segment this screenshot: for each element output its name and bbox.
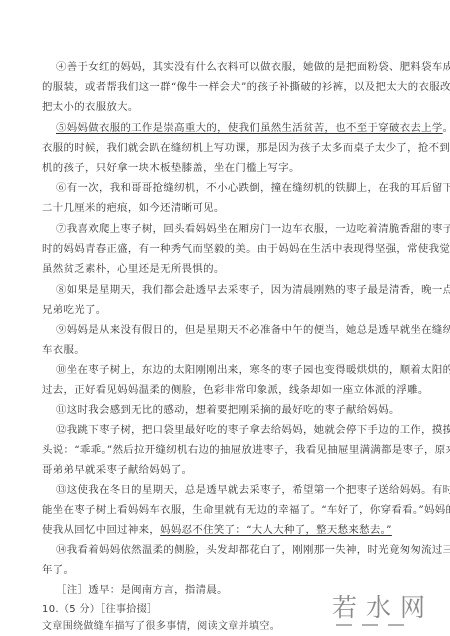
paragraph-5-line-1: ⑤妈妈做衣服的工作是崇高重大的，使我们虽然生活贫苦，也不至于穿破衣去上学。不车 [56,122,412,135]
paragraph-7-line-2: 时的妈妈青春正盛，有一种秀气而坚毅的美。由于妈妈在生活中表现得坚强，常使我觉得生… [42,243,412,256]
paragraph-5-line-3: 机的孩子，只好拿一块木板垫膝盖，坐在门槛上写字。 [42,162,412,175]
paragraph-10-line-1: ⑩坐在枣子树上，东边的太阳刚刚出来，寒冬的枣子园也变得暖烘烘的，顺着太阳的光望 [56,364,412,377]
underlined-sentence: ⑤妈妈做衣服的工作是崇高重大的，使我们虽然生活贫苦，也不至于穿破衣去上学 [56,122,443,134]
paragraph-9-line-2: 车衣服。 [42,344,412,357]
paragraph-7-line-1: ⑦我喜欢爬上枣子树，回头看妈妈坐在厢房门一边车衣服，一边吃着清脆香甜的枣子。那 [56,223,412,236]
paragraph-4-line-2: 的服装，或者帮我们这一群“像牛一样会犬”的孩子补撕破的衫裤，以及把太大的衣服改小… [42,81,412,94]
watermark-text: 若水网 [332,594,442,622]
paragraph-10-line-2: 过去，正好看见妈妈温柔的侧脸，色彩非常印象派，线条却如一座立体派的浮雕。 [42,384,412,397]
paragraph-5-line-2: 衣服的时候，我们就会趴在缝纫机上写功课，那是因为孩子太多而桌子太少了，抢不到缝纫 [42,142,412,155]
paragraph-12-line-3: 哥弟弟早就采枣子献给妈妈了。 [42,464,412,477]
paragraph-4-line-1: ④善于女红的妈妈，其实没有什么衣料可以做衣服，她做的是把面粉袋、肥料袋车成简单 [56,61,412,74]
paragraph-11-line-1: ⑪这时我会感到无比的感动，想着要把刚采摘的最好吃的枣子献给妈妈。 [56,404,412,417]
paragraph-9-line-1: ⑨妈妈是从来没有假日的，但是星期天不必准备中午的便当，她总是透早就坐在缝纫机前 [56,324,412,337]
paragraph-8-line-1: ⑧如果是星期天，我们都会赴透早去采枣子，因为清晨刚熟的枣子最是清香，晚一点就被 [56,284,412,297]
paragraph-4-line-3: 把太小的衣服放大。 [42,101,412,114]
underlined-sentence: 妈妈忍不住笑了：“大人大种了，整天愁来愁去。” [160,524,392,536]
paragraph-14-line-1: ⑭我看着妈妈依然温柔的侧脸，头发却都花白了，刚刚那一失神，时光竟匆匆流过三十几 [56,544,412,557]
paragraph-14-line-2: 年了。 [42,564,412,577]
paragraph-12-line-1: ⑫我跳下枣子树，把口袋里最好吃的枣子拿去给妈妈，她就会停下手边的工作，摸摸我的 [56,424,412,437]
paragraph-7-line-3: 虽然贫乏素朴，心里还是无所畏惧的。 [42,263,412,276]
document-page: ④善于女红的妈妈，其实没有什么衣料可以做衣服，她做的是把面粉袋、肥料袋车成简单 … [0,0,450,636]
paragraph-8-line-2: 兄弟吃光了。 [42,304,412,317]
paragraph-13-line-1: ⑬这使我在冬日的星期天，总是透早就去采枣子，希望第一个把枣子送给妈妈。有时觉得 [56,484,412,497]
paragraph-13-line-3: 使我从回忆中回过神来，妈妈忍不住笑了：“大人大种了，整天愁来愁去。” [42,524,412,537]
paragraph-6-line-2: 二十几厘米的疤痕，如今还清晰可见。 [42,202,412,215]
paragraph-12-line-2: 头说：“乖乖。”然后拉开缝纫机右边的抽屉放进枣子，我看见抽屉里满满都是枣子，原来… [42,444,412,457]
watermark-logo: 若水网 [332,594,442,634]
paragraph-13-line-2: 能坐在枣子树上看妈妈车衣服，生命里就有无边的幸福了。“车好了，你穿看看。”妈妈的… [42,504,412,517]
watermark-underline-marks [332,624,442,626]
paragraph-6-line-1: ⑥有一次，我和哥哥抢缝纫机，不小心跌倒，撞在缝纫机的铁脚上，在我的耳后留下一条 [56,182,412,195]
